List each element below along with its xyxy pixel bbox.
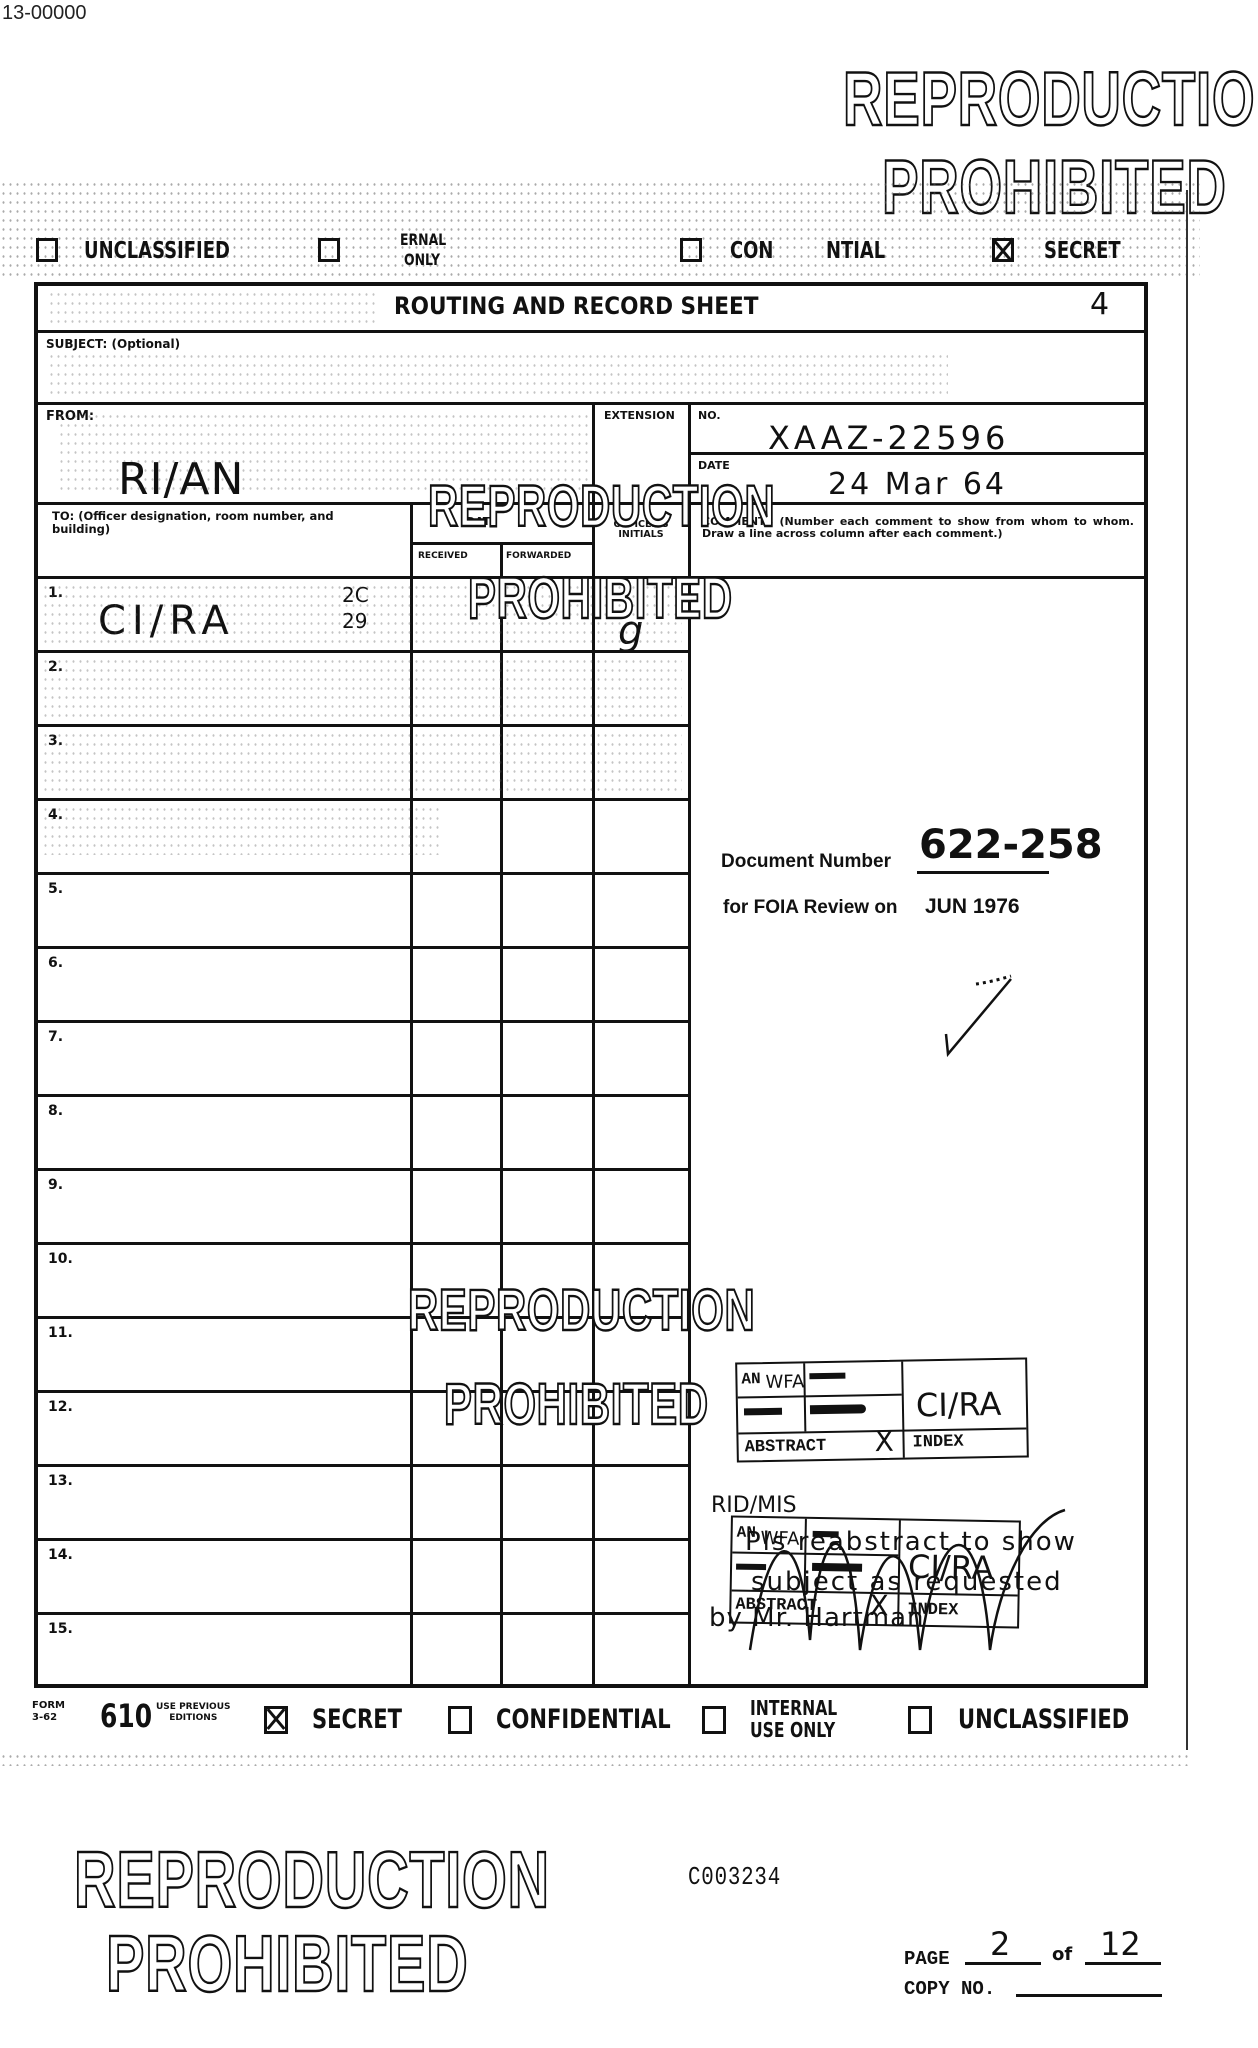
- scan-edge: [1186, 190, 1188, 1750]
- page-label: PAGE: [904, 1948, 950, 1970]
- of-label: of: [1052, 1944, 1072, 1965]
- scan-noise: [42, 731, 682, 797]
- table-row: 3.: [38, 727, 688, 801]
- date-label: DATE: [698, 460, 730, 472]
- stamp-reproduction-mid: REPRODUCTION: [428, 478, 775, 536]
- checkbox-secret-footer[interactable]: [264, 1706, 288, 1734]
- scribble-strike-icon: [740, 1500, 1070, 1660]
- total-pages: 12: [1100, 1928, 1141, 1960]
- copy-field[interactable]: [1020, 1972, 1160, 1994]
- subject-field[interactable]: [188, 336, 1128, 402]
- page-value: 2: [990, 1928, 1010, 1960]
- redaction: [809, 1373, 845, 1380]
- form-number: 610: [100, 1700, 152, 1732]
- row-number: 12.: [48, 1399, 73, 1415]
- previous-editions-bottom: EDITIONS: [156, 1713, 231, 1724]
- row-number: 7.: [48, 1029, 63, 1045]
- document-id: 13-00000: [2, 2, 87, 25]
- row-number: 13.: [48, 1473, 73, 1489]
- stamp-prohibited-bottom: PROHIBITED: [106, 1924, 468, 2004]
- checkbox-internal-top[interactable]: [318, 238, 340, 262]
- abstract-mark: X: [874, 1428, 894, 1456]
- forwarded-label: FORWARDED: [506, 552, 571, 562]
- label-internal-top-line1: ERNAL: [400, 232, 446, 248]
- table-row: 4.: [38, 801, 688, 875]
- label-confidential-top-right: NTIAL: [826, 240, 885, 263]
- checkbox-secret-top[interactable]: [992, 238, 1014, 262]
- label-confidential-top-left: CON: [730, 240, 773, 263]
- scan-noise: [42, 805, 442, 855]
- table-row: 9.: [38, 1171, 688, 1245]
- foia-label: for FOIA Review on: [723, 897, 898, 919]
- table-row: 15.: [38, 1615, 688, 1689]
- checkbox-confidential-top[interactable]: [680, 238, 702, 262]
- table-row: 2.: [38, 653, 688, 727]
- table-row: 7.: [38, 1023, 688, 1097]
- label-unclassified-top: UNCLASSIFIED: [84, 240, 230, 263]
- an-value: WFA: [765, 1373, 804, 1392]
- scan-noise: [0, 1752, 1190, 1766]
- date-field[interactable]: 24 Mar 64: [828, 470, 1007, 500]
- no-label: NO.: [698, 410, 721, 422]
- document-number-label: Document Number: [721, 851, 891, 873]
- form-label: FORM 3-62: [32, 1700, 65, 1724]
- divider: [38, 330, 1144, 333]
- previous-editions: USE PREVIOUS EDITIONS: [156, 1702, 231, 1724]
- serial-number: C003234: [688, 1862, 781, 1892]
- previous-editions-top: USE PREVIOUS: [156, 1702, 231, 1713]
- label-secret-top: SECRET: [1044, 240, 1121, 263]
- form-label-top: FORM: [32, 1700, 65, 1712]
- stamp-reproduction-top: REPRODUCTION: [843, 62, 1258, 138]
- row-number: 11.: [48, 1325, 73, 1341]
- row-number: 6.: [48, 955, 63, 971]
- no-field[interactable]: XAAZ-22596: [768, 422, 1009, 454]
- checkbox-confidential-footer[interactable]: [448, 1706, 472, 1734]
- label-secret-footer: SECRET: [312, 1706, 402, 1733]
- from-field[interactable]: RI/AN: [118, 454, 244, 505]
- row-number: 10.: [48, 1251, 73, 1267]
- form-label-bottom: 3-62: [32, 1712, 65, 1724]
- row-number: 14.: [48, 1547, 73, 1563]
- copy-label: COPY NO.: [904, 1978, 995, 2000]
- scan-noise: [0, 180, 1200, 280]
- stamp-reproduction-bottom: REPRODUCTION: [74, 1840, 550, 1920]
- index-stamp-1-value: CI/RA: [916, 1388, 1002, 1421]
- row-number: 8.: [48, 1103, 63, 1119]
- table-row: 5.: [38, 875, 688, 949]
- label-internal-top-line2: ONLY: [404, 252, 440, 268]
- to-label: TO: (Officer designation, room number, a…: [52, 510, 392, 535]
- document-number-value: 622-258: [919, 825, 1103, 865]
- table-row: 8.: [38, 1097, 688, 1171]
- row-number: 9.: [48, 1177, 63, 1193]
- scan-noise: [48, 290, 378, 328]
- label-internal-footer-line1: INTERNAL: [750, 1698, 837, 1718]
- foia-value: JUN 1976: [925, 895, 1020, 919]
- label-unclassified-footer: UNCLASSIFIED: [958, 1706, 1129, 1733]
- stamp-prohibited-lower: PROHIBITED: [444, 1376, 709, 1434]
- index-stamp-1: AN WFA CI/RA ABSTRACT X INDEX: [735, 1357, 1029, 1462]
- sheet-number: 4: [1090, 290, 1109, 320]
- an-label: AN: [741, 1370, 761, 1388]
- redaction: [744, 1408, 782, 1416]
- divider: [688, 452, 1144, 455]
- form-title: ROUTING AND RECORD SHEET: [394, 292, 758, 320]
- checkbox-unclassified-top[interactable]: [36, 238, 58, 262]
- checkbox-unclassified-footer[interactable]: [908, 1706, 932, 1734]
- row-number: 5.: [48, 881, 63, 897]
- redaction: [810, 1404, 866, 1414]
- table-row: 13.: [38, 1467, 688, 1541]
- label-confidential-footer: CONFIDENTIAL: [496, 1706, 671, 1733]
- received-label: RECEIVED: [418, 552, 468, 562]
- label-internal-footer-line2: USE ONLY: [750, 1720, 835, 1740]
- checkbox-internal-footer[interactable]: [702, 1706, 726, 1734]
- stamp-reproduction-lower: REPRODUCTION: [408, 1282, 755, 1340]
- subject-label: SUBJECT: (Optional): [46, 338, 180, 351]
- table-row: 14.: [38, 1541, 688, 1615]
- scan-noise: [42, 657, 682, 723]
- table-row: 6.: [38, 949, 688, 1023]
- divider: [38, 402, 1144, 405]
- row-number: 15.: [48, 1621, 73, 1637]
- routing-rows: 1. CI/RA 2C 29 g 2. 3. 4. 5. 6.: [38, 579, 688, 1689]
- copy-underline: [1016, 1994, 1162, 1997]
- stamp-prohibited-mid: PROHIBITED: [468, 570, 733, 628]
- check-mark-icon: [916, 974, 1026, 1074]
- abstract-label: ABSTRACT: [744, 1437, 826, 1457]
- underline: [917, 871, 1049, 874]
- extension-label: EXTENSION: [604, 410, 675, 422]
- index-label: INDEX: [912, 1433, 963, 1453]
